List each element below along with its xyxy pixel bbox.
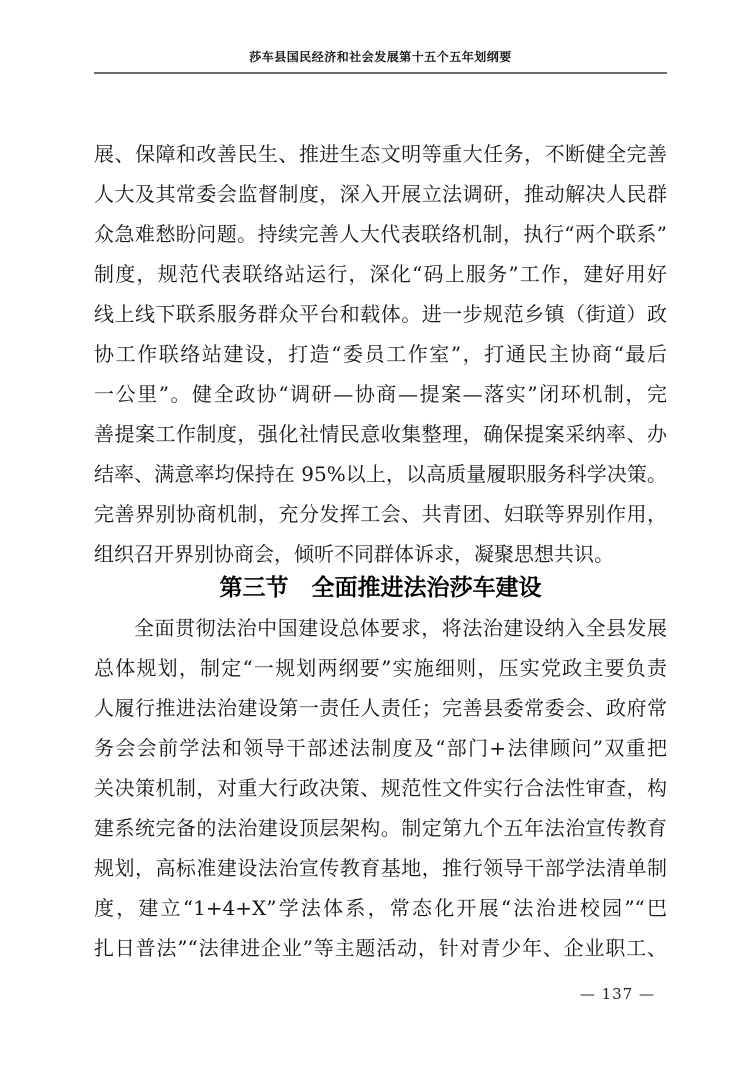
text-line: 扎日普法”“法律进企业”等主题活动，针对青少年、企业职工、 [94, 928, 667, 968]
text-line: 人大及其常委会监督制度，深入开展立法调研，推动解决人民群 [94, 174, 667, 214]
running-header-title: 莎车县国民经济和社会发展第十五个五年划纲要 [249, 50, 512, 64]
document-page: 莎车县国民经济和社会发展第十五个五年划纲要 展、保障和改善民生、推进生态文明等重… [0, 0, 753, 1066]
text-line: 展、保障和改善民生、推进生态文明等重大任务，不断健全完善 [94, 134, 667, 174]
text-line: 人履行推进法治建设第一责任人责任；完善县委常委会、政府常 [94, 688, 667, 728]
text-line: 总体规划，制定“一规划两纲要”实施细则，压实党政主要负责 [94, 648, 667, 688]
page-number: — 137 — [580, 985, 655, 1003]
text-line: 全面贯彻法治中国建设总体要求，将法治建设纳入全县发展 [94, 608, 667, 648]
text-line: 善提案工作制度，强化社情民意收集整理，确保提案采纳率、办 [94, 414, 667, 454]
text-line: 完善界别协商机制，充分发挥工会、共青团、妇联等界别作用， [94, 494, 667, 534]
text-line: 规划，高标准建设法治宣传教育基地，推行领导干部学法清单制 [94, 848, 667, 888]
text-line: 线上线下联系服务群众平台和载体。进一步规范乡镇（街道）政 [94, 294, 667, 334]
paragraph-2: 全面贯彻法治中国建设总体要求，将法治建设纳入全县发展 总体规划，制定“一规划两纲… [94, 608, 667, 968]
text-line: 众急难愁盼问题。持续完善人大代表联络机制，执行“两个联系” [94, 214, 667, 254]
text-line: 制度，规范代表联络站运行，深化“码上服务”工作，建好用好 [94, 254, 667, 294]
text-line: 建系统完备的法治建设顶层架构。制定第九个五年法治宣传教育 [94, 808, 667, 848]
text-line: 一公里”。健全政协“调研—协商—提案—落实”闭环机制，完 [94, 374, 667, 414]
text-line: 关决策机制，对重大行政决策、规范性文件实行合法性审查，构 [94, 768, 667, 808]
text-line: 务会会前学法和领导干部述法制度及“部门+法律顾问”双重把 [94, 728, 667, 768]
text-line: 结率、满意率均保持在 95%以上，以高质量履职服务科学决策。 [94, 454, 667, 494]
text-line: 度，建立“1+4+X”学法体系，常态化开展“法治进校园”“巴 [94, 888, 667, 928]
body-text: 展、保障和改善民生、推进生态文明等重大任务，不断健全完善 人大及其常委会监督制度… [94, 74, 667, 968]
page-header: 莎车县国民经济和社会发展第十五个五年划纲要 [94, 0, 667, 74]
text-line: 协工作联络站建设，打造“委员工作室”，打通民主协商“最后 [94, 334, 667, 374]
paragraph-1: 展、保障和改善民生、推进生态文明等重大任务，不断健全完善 人大及其常委会监督制度… [94, 134, 667, 574]
